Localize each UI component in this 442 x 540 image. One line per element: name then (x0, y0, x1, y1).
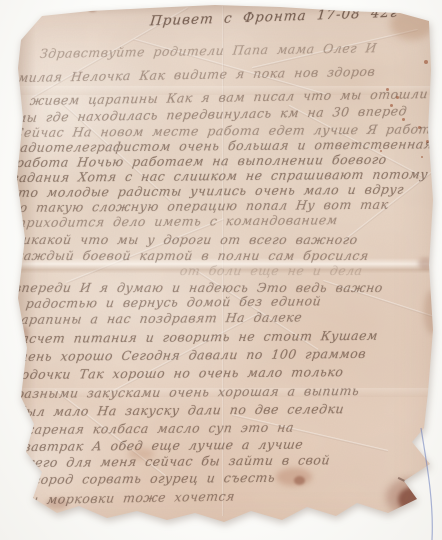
handwritten-line: огород сорвать огурец и съесть (25, 470, 276, 487)
handwritten-line: очень хорошо Сегодня давали по 100 грамм… (11, 346, 367, 364)
handwritten-line: с радостью и вернусь домой без единой (9, 293, 322, 311)
paper-stain (24, 0, 41, 13)
handwritten-line: милая Нелочка Как видите я пока нов здор… (17, 64, 376, 85)
scanned-letter-photo: Привет с Фронта 17-08 42г Здравствуйте р… (0, 0, 442, 540)
handwritten-line: всего для меня сейчас бы зайти в свой (19, 452, 331, 470)
handwritten-line: завтрак А обед еще лучше а лучше (23, 437, 304, 454)
handwritten-line: от боли еще не и дела (179, 263, 364, 278)
handwritten-line: водочки Так хорошо но очень мало только (13, 364, 345, 382)
handwritten-line: и морковки тоже хочется (29, 488, 236, 507)
letter-paper: Привет с Фронта 17-08 42г Здравствуйте р… (0, 0, 442, 540)
handwritten-line: впереди И я думаю и надеюсь Это ведь важ… (13, 280, 384, 295)
letter-header-date: Привет с Фронта 17-08 42г (149, 5, 399, 30)
handwritten-line: приходится дело иметь с командованием (17, 212, 339, 230)
handwritten-line: никакой что мы у дороги от всего важного (13, 232, 359, 247)
handwritten-line: разными закусками очень хорошая а выпить (15, 383, 360, 401)
handwritten-line: жареная колбаса масло суп это на (19, 420, 295, 437)
letter-paper-shadow: Привет с Фронта 17-08 42г Здравствуйте р… (0, 0, 442, 540)
text-layer: Привет с Фронта 17-08 42г Здравствуйте р… (0, 0, 442, 540)
handwritten-line: каждый боевой картой в полни сам бросилс… (15, 248, 370, 263)
handwritten-line: Насчет питания и говорить не стоит Кушае… (9, 328, 379, 346)
handwritten-line: Здравствуйте родители Папа мама Олег И (39, 40, 378, 61)
handwritten-line: был мало На закуску дали по две селедки (17, 401, 345, 419)
handwritten-line: царапины а нас поздравят На далеке (11, 309, 303, 327)
